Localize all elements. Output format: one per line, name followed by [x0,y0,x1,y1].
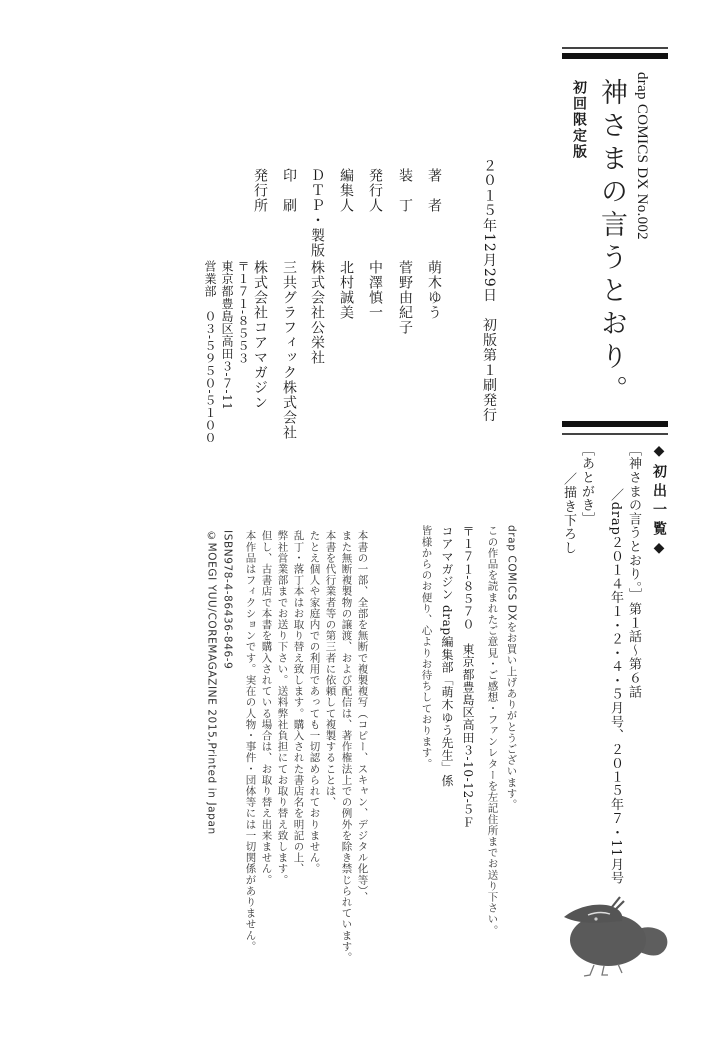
reader-message-editorial: コアマガジン drap編集部「萌木ゆう先生」係 [441,525,453,787]
colophon-value-design: 菅野由紀子 [398,260,412,335]
legal-line: 本書を代行業者等の第三者に依頼して複製することは、 [325,530,336,808]
colophon-label-dtp: ＤＴＰ・製版 [310,168,324,258]
colophon-value-printing: 三共グラフィック株式会社 [282,260,296,440]
first-appearance-item-source: ／描き下ろし [562,472,575,555]
colophon-value-dtp: 株式会社公栄社 [310,260,324,365]
reader-message-address: 〒１７１-８５７０ 東京都豊島区高田３-10-12-５Ｆ [462,525,474,829]
colophon-value-editor: 北村誠美 [339,260,353,320]
title-rule-thin-bottom [562,433,668,435]
colophon-label-publisher: 発行人 [368,168,382,213]
reader-message-line: 皆様からのお便り、心よりお待ちしております。 [421,525,432,769]
legal-line: 但し、古書店で本書を購入されている場合は、お取り替え出来ません。 [261,530,272,885]
colophon-value-author: 萌木ゆう [427,260,441,320]
first-appearance-item-title: ［あとがき］ [580,443,593,526]
legal-line: 乱丁・落丁本はお取り替え致します。購入された書店名を明記の上、 [293,530,304,874]
issuer-postal-code: 〒１７１-８５５３ [237,260,249,365]
book-title: 神さまの言うとおり。 [598,78,625,408]
colophon-label-editor: 編集人 [339,168,353,213]
legal-line: 本作品はフィクションです。実在の人物・事件・団体等には一切関係がありません。 [245,530,256,952]
colophon-label-author: 著 者 [427,168,441,213]
legal-line: 弊社営業部までお送り下さい。送料弊社負担にてお取り替え致します。 [277,530,288,885]
reader-message-line: drap COMICS DXをお買い上げありがとうございます。 [506,525,517,810]
legal-line: たとえ個人や家庭内での利用であっても一切認められておりません。 [309,530,320,874]
first-appearance-item-title: ［神さまの言うとおり。］第１話～第６話 [627,443,640,699]
colophon-label-issuer: 発行所 [253,168,267,213]
colophon-label-printing: 印 刷 [282,168,296,213]
title-rule-thin-top [562,47,668,49]
legal-line: 本書の一部、全部を無断で複製複写（コピー、スキャン、デジタル化等）、 [357,530,368,902]
colophon-label-design: 装 丁 [398,168,412,213]
legal-line: また無断複製物の譲渡、および配信は、著作権法上での例外を除き禁じられています。 [341,530,352,963]
first-appearance-heading: ◆初出一覧◆ [652,443,666,561]
isbn: ISBN978-4-86436-846-9 [222,530,233,669]
first-appearance-item-source: ／drap２０１４年１・２・４・５月号、２０１５年７・11月号 [609,488,622,885]
title-rule-thick-top [562,53,668,59]
edition-label: 初回限定版 [572,80,586,160]
issuer-address: 東京都豊島区高田３-７-11 [221,260,233,410]
title-rule-thick-bottom [562,421,668,427]
publication-date: ２０１５年12月29日 初版第１刷発行 [482,158,496,423]
colophon-value-issuer: 株式会社コアマガジン [253,260,267,410]
colophon-value-publisher: 中澤慎一 [368,260,382,320]
reader-message-line: この作品を読まれたご意見・ご感想・ファンレターを左記住所までお送り下さい。 [487,525,498,936]
series-label: drap COMICS DX No.002 [634,72,649,240]
issuer-phone: 営業部 ０３-５９５０-５１００ [204,260,216,444]
copyright: ©MOEGI YUU/COREMAGAZINE 2015,Printed in … [206,530,217,835]
bird-illustration [560,895,675,980]
